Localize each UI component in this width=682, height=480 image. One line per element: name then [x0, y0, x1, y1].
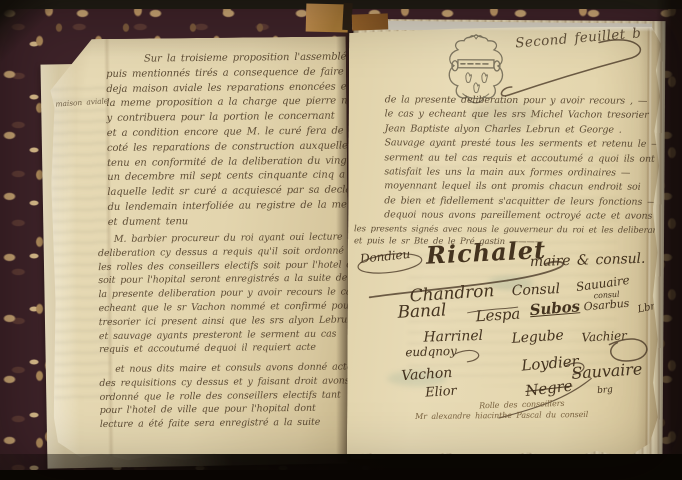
handwritten-line: de la presente deliberation pour y avoir… [385, 93, 651, 109]
footer-note-title: Rolle des conseillers [479, 399, 565, 411]
signature-lbr: Lbr [637, 301, 656, 315]
handwritten-line: serment au tel cas requis et accoutumé a… [384, 151, 650, 167]
signature-title-consul: Consul [511, 281, 560, 299]
signature-vachier: Vachier [581, 328, 627, 344]
handwritten-line: Sauvage ayant presté tous les serments e… [384, 137, 650, 153]
bottom-edge-shadow-deep [0, 470, 682, 480]
handwritten-line: Jean Baptiste alyon Charles Lebrun et Ge… [385, 122, 651, 138]
handwritten-line: de bien et fidellement s'acquitter de le… [384, 194, 650, 210]
handwritten-line: moyennant lequel ils ont promis chacun e… [384, 180, 650, 196]
left-page: maison aviale Sur la troisieme propositi… [50, 36, 350, 463]
handwritten-line: dequoi nous avons pareillement octroyé a… [384, 209, 650, 225]
signature-sauvaire-2: Sauvaire [571, 359, 643, 383]
handwritten-line: satisfait les uns la main aux formes ord… [384, 165, 650, 181]
signature-negre: Negre [524, 377, 573, 400]
handwritten-line: lecture a été faite sera enregistré a la… [100, 416, 346, 432]
signature-dondieu: Dondieu [359, 247, 410, 266]
signature-title-maire-consul: maire & consul. [530, 251, 646, 270]
top-left-corner-shadow [0, 0, 70, 70]
right-page: Second feuillet b de la presente deliber… [347, 25, 661, 461]
signature-legube: Legube [511, 328, 564, 347]
left-paragraph-1: Sur la troisieme proposition l'assemblée… [106, 51, 344, 231]
handwritten-line: le cas y echeant que les srs Michel Vach… [385, 108, 651, 124]
signature-osarbus: Osarbus [583, 297, 629, 314]
handwritten-line: requis et accoutumé dequoi il requiert a… [99, 341, 345, 357]
left-paragraph-3: et nous dits maire et consuls avons donn… [99, 360, 346, 432]
folio-annotation: Second feuillet b [515, 25, 642, 51]
right-body-text: de la presente deliberation pour y avoir… [384, 93, 651, 224]
signature-elior: Elior [425, 384, 457, 401]
signature-subos: Subos [529, 297, 580, 319]
handwritten-line: et dument tenu [108, 213, 344, 230]
left-paragraph-2: M. barbier procureur du roi ayant oui le… [98, 230, 345, 357]
signature-vachon: Vachon [401, 365, 453, 384]
signature-banal: Banal [397, 300, 447, 322]
signature-eudqnoy: eudqnoy [405, 344, 457, 360]
tape-repair-small [352, 13, 389, 30]
signature-brg: brg [597, 385, 613, 396]
signature-richalet: Richalet [425, 235, 546, 270]
signature-lespa: Lespa [475, 305, 521, 326]
footer-note-name: Mr alexandre hiacinthe Pascal du conseil [415, 410, 588, 421]
manuscript-scan: maison aviale Sur la troisieme propositi… [0, 0, 682, 480]
right-edge-shadow [656, 0, 682, 480]
